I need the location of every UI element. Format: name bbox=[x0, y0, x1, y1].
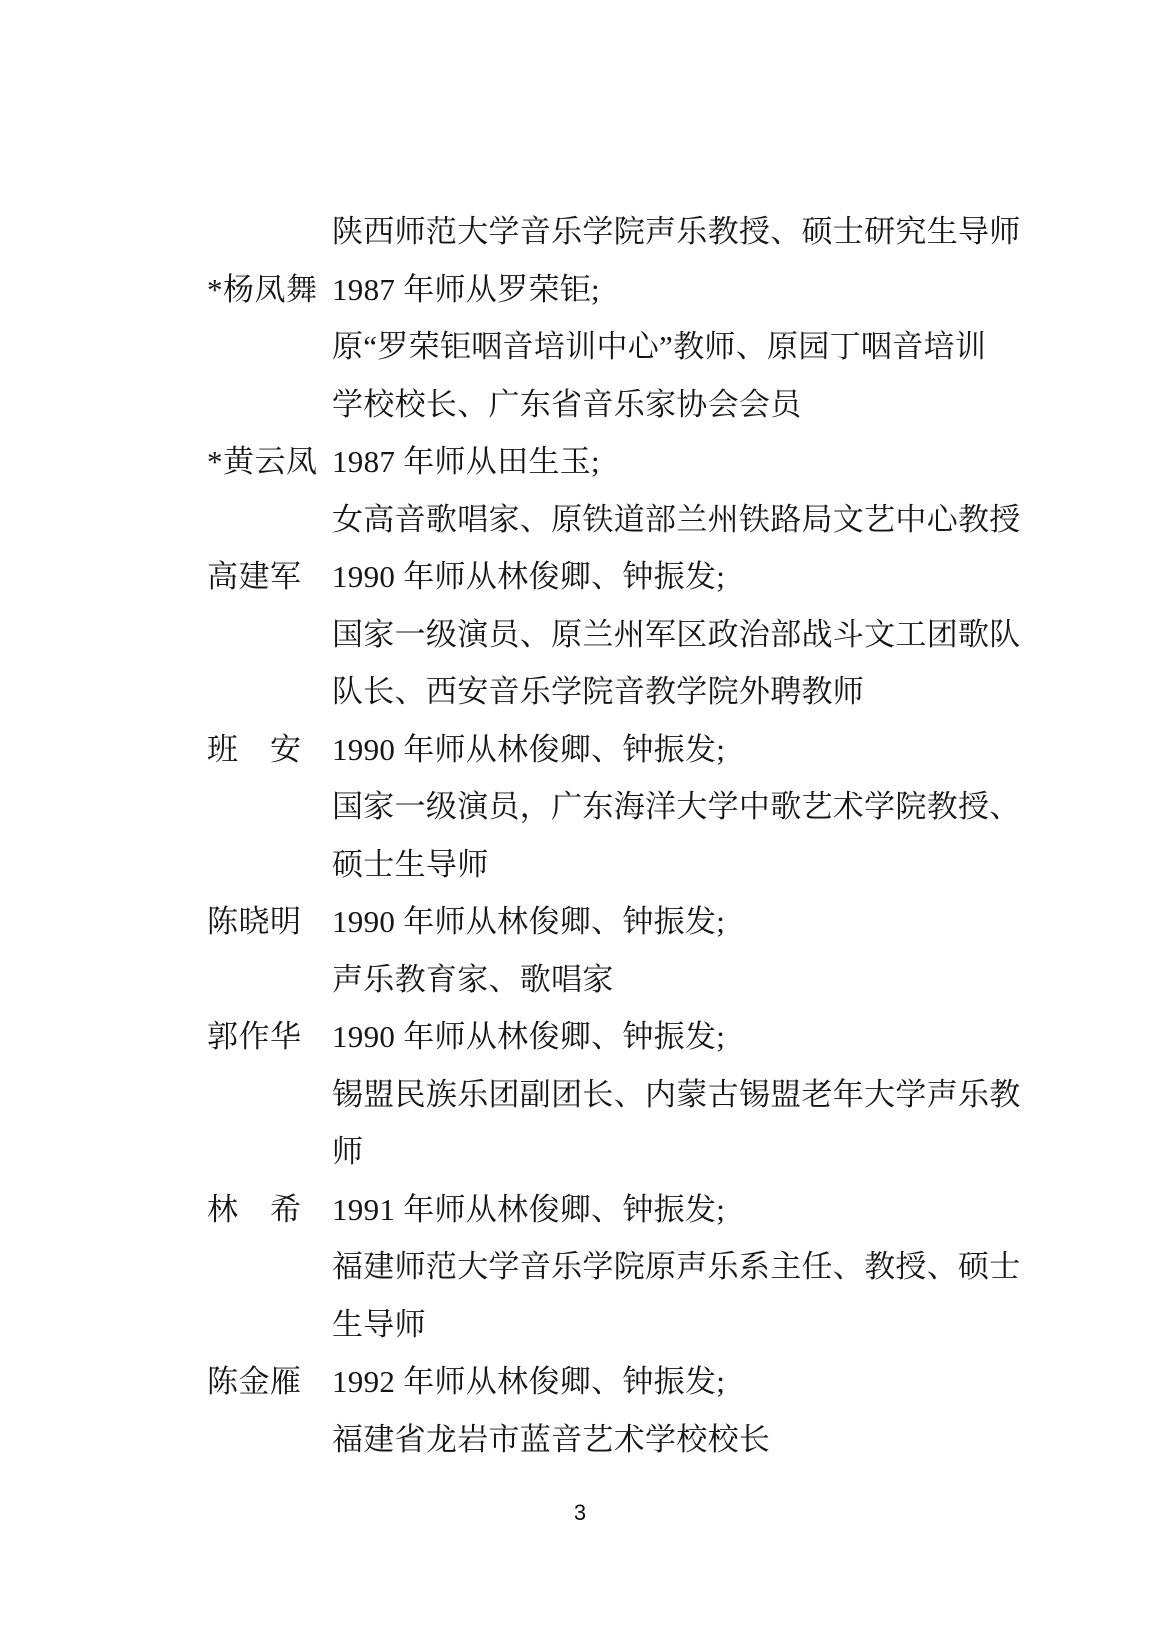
entry-line: 1990 年师从林俊卿、钟振发; bbox=[332, 551, 1027, 596]
entry-line: 生导师 bbox=[332, 1299, 1027, 1344]
entry-line: 1990 年师从林俊卿、钟振发; bbox=[332, 724, 1027, 769]
entry-row: 陈晓明1990 年师从林俊卿、钟振发; bbox=[207, 890, 1027, 948]
entry-row: *黄云凤1987 年师从田生玉; bbox=[207, 430, 1027, 488]
entry-row: 师 bbox=[207, 1120, 1027, 1178]
entry-name: 高建军 bbox=[207, 551, 332, 596]
entry-row: 陈金雁1992 年师从林俊卿、钟振发; bbox=[207, 1350, 1027, 1408]
entry-row: 声乐教育家、歌唱家 bbox=[207, 948, 1027, 1006]
entry-row: 硕士生导师 bbox=[207, 833, 1027, 891]
entry-name: 林 希 bbox=[207, 1184, 332, 1229]
entry-row: 陕西师范大学音乐学院声乐教授、硕士研究生导师 bbox=[207, 200, 1027, 258]
page-number: 3 bbox=[0, 1500, 1160, 1526]
entry-line: 1987 年师从罗荣钜; bbox=[332, 264, 1027, 309]
entry-line: 女高音歌唱家、原铁道部兰州铁路局文艺中心教授 bbox=[332, 494, 1027, 539]
entry-line: 队长、西安音乐学院音教学院外聘教师 bbox=[332, 666, 1027, 711]
entry-line: 1987 年师从田生玉; bbox=[332, 436, 1027, 481]
entry-name: *杨凤舞 bbox=[207, 264, 332, 309]
entry-row: 生导师 bbox=[207, 1293, 1027, 1351]
entry-row: 女高音歌唱家、原铁道部兰州铁路局文艺中心教授 bbox=[207, 488, 1027, 546]
entry-line: 国家一级演员、原兰州军区政治部战斗文工团歌队 bbox=[332, 609, 1027, 654]
entry-row: 郭作华1990 年师从林俊卿、钟振发; bbox=[207, 1005, 1027, 1063]
entry-name: *黄云凤 bbox=[207, 436, 332, 481]
entry-row: 林 希1991 年师从林俊卿、钟振发; bbox=[207, 1178, 1027, 1236]
entry-line: 福建师范大学音乐学院原声乐系主任、教授、硕士 bbox=[332, 1241, 1027, 1286]
entry-name: 班 安 bbox=[207, 724, 332, 769]
entry-name: 陈晓明 bbox=[207, 896, 332, 941]
entry-line: 福建省龙岩市蓝音艺术学校校长 bbox=[332, 1414, 1027, 1459]
entry-line: 师 bbox=[332, 1126, 1027, 1171]
entry-name: 陈金雁 bbox=[207, 1356, 332, 1401]
entry-row: 学校校长、广东省音乐家协会会员 bbox=[207, 373, 1027, 431]
entry-row: 班 安1990 年师从林俊卿、钟振发; bbox=[207, 718, 1027, 776]
entry-line: 1992 年师从林俊卿、钟振发; bbox=[332, 1356, 1027, 1401]
entry-line: 1990 年师从林俊卿、钟振发; bbox=[332, 1011, 1027, 1056]
document-page: 陕西师范大学音乐学院声乐教授、硕士研究生导师*杨凤舞1987 年师从罗荣钜;原“… bbox=[0, 0, 1160, 1640]
entry-line: 锡盟民族乐团副团长、内蒙古锡盟老年大学声乐教 bbox=[332, 1069, 1027, 1114]
entry-row: 队长、西安音乐学院音教学院外聘教师 bbox=[207, 660, 1027, 718]
entry-line: 原“罗荣钜咽音培训中心”教师、原园丁咽音培训 bbox=[332, 321, 1027, 366]
entry-line: 学校校长、广东省音乐家协会会员 bbox=[332, 379, 1027, 424]
entry-line: 声乐教育家、歌唱家 bbox=[332, 954, 1027, 999]
entry-row: 福建师范大学音乐学院原声乐系主任、教授、硕士 bbox=[207, 1235, 1027, 1293]
entry-row: 锡盟民族乐团副团长、内蒙古锡盟老年大学声乐教 bbox=[207, 1063, 1027, 1121]
entry-name: 郭作华 bbox=[207, 1011, 332, 1056]
entry-line: 国家一级演员，广东海洋大学中歌艺术学院教授、 bbox=[332, 781, 1027, 826]
entry-row: 国家一级演员、原兰州军区政治部战斗文工团歌队 bbox=[207, 603, 1027, 661]
entry-line: 硕士生导师 bbox=[332, 839, 1027, 884]
entry-line: 1991 年师从林俊卿、钟振发; bbox=[332, 1184, 1027, 1229]
entry-row: 福建省龙岩市蓝音艺术学校校长 bbox=[207, 1408, 1027, 1466]
entry-row: 原“罗荣钜咽音培训中心”教师、原园丁咽音培训 bbox=[207, 315, 1027, 373]
entry-row: *杨凤舞1987 年师从罗荣钜; bbox=[207, 258, 1027, 316]
entries-list: 陕西师范大学音乐学院声乐教授、硕士研究生导师*杨凤舞1987 年师从罗荣钜;原“… bbox=[207, 200, 1027, 1465]
entry-line: 陕西师范大学音乐学院声乐教授、硕士研究生导师 bbox=[332, 206, 1027, 251]
entry-row: 国家一级演员，广东海洋大学中歌艺术学院教授、 bbox=[207, 775, 1027, 833]
entry-line: 1990 年师从林俊卿、钟振发; bbox=[332, 896, 1027, 941]
entry-row: 高建军1990 年师从林俊卿、钟振发; bbox=[207, 545, 1027, 603]
